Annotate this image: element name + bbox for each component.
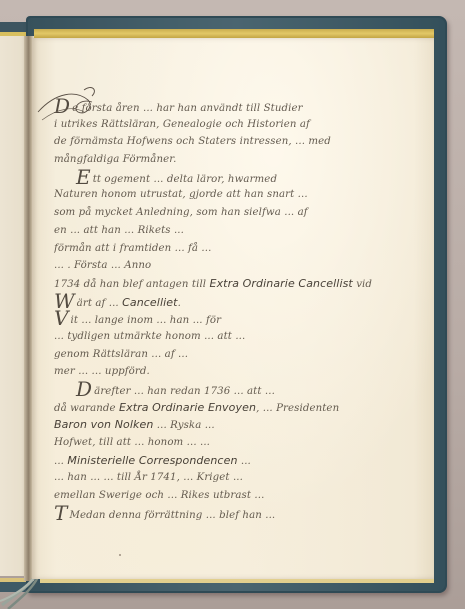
emphasized-text: Ministerielle Correspondencen: [67, 454, 237, 467]
line-text: Hofwet, till att ... honom ... ...: [54, 437, 210, 448]
text-line: Hofwet, till att ... honom ... ...: [54, 434, 419, 452]
line-text: it ... lange inom ... han ... för: [71, 315, 222, 326]
text-line: De första åren ... har han användt till …: [54, 98, 419, 116]
text-line: i utrikes Rättsläran, Genealogie och His…: [54, 116, 419, 134]
bookmark-ribbon-icon: [0, 575, 42, 609]
text-line: Därefter ... han redan 1736 ... att ...: [54, 381, 419, 399]
line-text: Medan denna förrättning ... blef han ...: [69, 510, 275, 521]
line-text: ... tydligen utmärkte honom ... att ...: [54, 331, 245, 342]
text-line: genom Rättsläran ... af ...: [54, 346, 419, 364]
text-line: Wärt af ... Cancelliet.: [54, 293, 419, 311]
line-text: som på mycket Anledning, som han sielfwa…: [54, 207, 308, 218]
line-text: tt ogement ... delta läror, hwarmed: [93, 174, 277, 185]
line-text: e första åren ... har han användt till S…: [72, 103, 302, 114]
initial-letter: W: [54, 293, 75, 311]
text-line: ... . Första ... Anno: [54, 257, 419, 275]
initial-letter: D: [76, 381, 92, 399]
gilt-edge-top: [34, 29, 434, 38]
text-line: mångfaldiga Förmåner.: [54, 151, 419, 169]
line-text: de förnämsta Hofwens och Staters intress…: [54, 136, 331, 147]
line-text: mångfaldiga Förmåner.: [54, 154, 176, 165]
text-line: mer ... ... uppförd.: [54, 363, 419, 381]
manuscript-text: De första åren ... har han användt till …: [54, 98, 419, 523]
text-line: ... Ministerielle Correspondencen ...: [54, 452, 419, 470]
text-line: Baron von Nolken ... Ryska ...: [54, 416, 419, 434]
line-text: 1734 då han blef antagen till: [54, 279, 206, 290]
text-line: som på mycket Anledning, som han sielfwa…: [54, 204, 419, 222]
line-text: ...: [54, 456, 64, 467]
ornamental-flourish-icon: [36, 82, 106, 132]
line-text: vid: [356, 279, 372, 290]
line-text: Naturen honom utrustat, gjorde att han s…: [54, 189, 308, 200]
initial-letter: V: [54, 310, 69, 328]
line-text: en ... att han ... Rikets ...: [54, 225, 184, 236]
line-text: .: [178, 298, 181, 309]
line-text: ...: [238, 456, 251, 467]
line-text: genom Rättsläran ... af ...: [54, 349, 188, 360]
line-text: emellan Swerige och ... Rikes utbrast ..…: [54, 490, 264, 501]
line-text: , ... Presidenten: [256, 403, 339, 414]
text-line: emellan Swerige och ... Rikes utbrast ..…: [54, 487, 419, 505]
text-line: de förnämsta Hofwens och Staters intress…: [54, 133, 419, 151]
text-line: 1734 då han blef antagen till Extra Ordi…: [54, 275, 419, 293]
emphasized-text: Baron von Nolken: [54, 418, 153, 431]
text-line: Ett ogement ... delta läror, hwarmed: [54, 169, 419, 187]
emphasized-text: Cancelliet: [122, 296, 177, 309]
text-line: då warande Extra Ordinarie Envoyen, ... …: [54, 399, 419, 417]
text-line: en ... att han ... Rikets ...: [54, 222, 419, 240]
line-text: ärefter ... han redan 1736 ... att ...: [94, 386, 275, 397]
text-line: TMedan denna förrättning ... blef han ..…: [54, 505, 419, 523]
line-text: ... han ... ... till År 1741, ... Kriget…: [54, 472, 243, 483]
text-line: ... tydligen utmärkte honom ... att ...: [54, 328, 419, 346]
text-line: Naturen honom utrustat, gjorde att han s…: [54, 186, 419, 204]
text-line: förmån att i framtiden ... få ...: [54, 240, 419, 258]
line-text: mer ... ... uppförd.: [54, 366, 150, 377]
emphasized-text: Extra Ordinarie Cancellist: [210, 277, 353, 290]
text-line: ... han ... ... till År 1741, ... Kriget…: [54, 469, 419, 487]
line-text: då warande: [54, 403, 116, 414]
line-text: ... Ryska ...: [153, 420, 214, 431]
manuscript-page: De första åren ... har han användt till …: [32, 38, 434, 579]
line-text: förmån att i framtiden ... få ...: [54, 243, 211, 254]
line-text: ... . Första ... Anno: [54, 260, 151, 271]
emphasized-text: Extra Ordinarie Envoyen: [119, 401, 256, 414]
initial-letter: T: [54, 505, 67, 523]
line-text: ärt af ...: [77, 298, 119, 309]
initial-letter: E: [76, 169, 91, 187]
text-line: Vit ... lange inom ... han ... för: [54, 310, 419, 328]
paper-spot: [119, 554, 121, 556]
